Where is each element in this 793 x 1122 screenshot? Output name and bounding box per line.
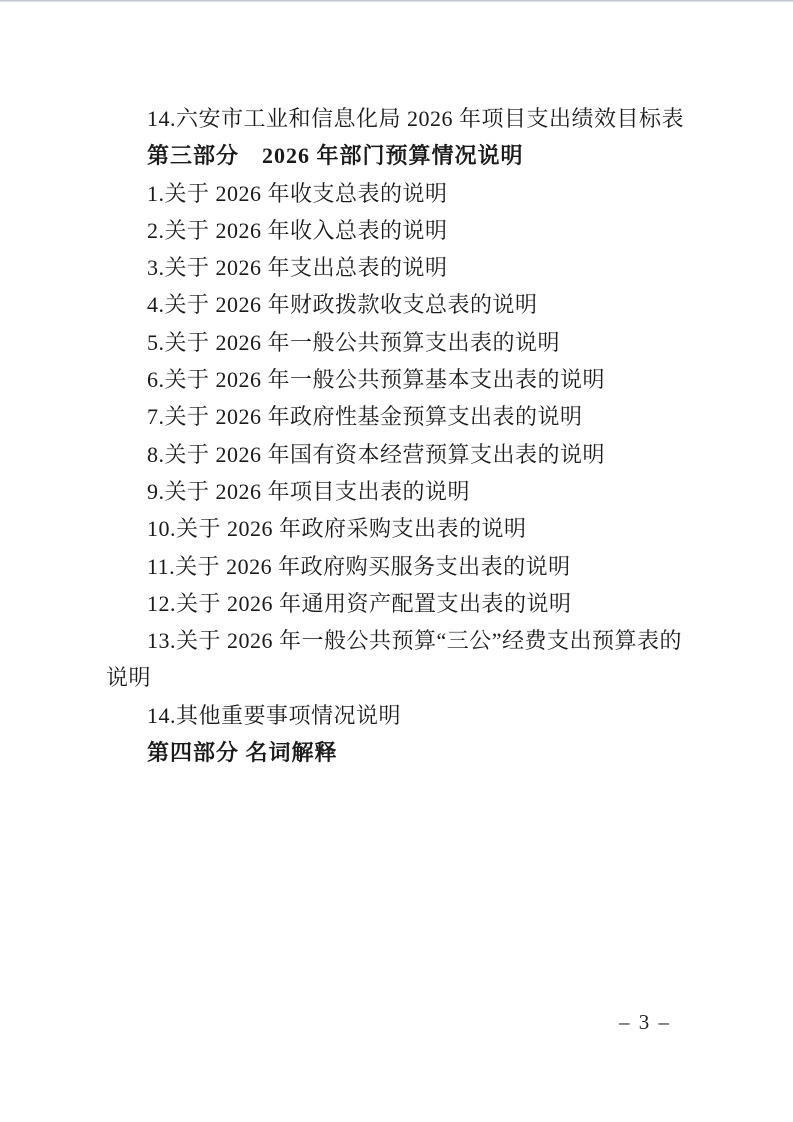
scan-top-edge bbox=[0, 0, 793, 2]
toc-line: 1.关于 2026 年收支总表的说明 bbox=[106, 175, 697, 212]
toc-line: 2.关于 2026 年收入总表的说明 bbox=[106, 212, 697, 249]
toc-line: 8.关于 2026 年国有资本经营预算支出表的说明 bbox=[106, 436, 697, 473]
toc-lines: 14.六安市工业和信息化局 2026 年项目支出绩效目标表第三部分 2026 年… bbox=[106, 100, 697, 771]
toc-line: 9.关于 2026 年项目支出表的说明 bbox=[106, 473, 697, 510]
toc-line: 说明 bbox=[106, 659, 697, 696]
section-heading-line: 第四部分 名词解释 bbox=[106, 734, 697, 771]
toc-line: 10.关于 2026 年政府采购支出表的说明 bbox=[106, 510, 697, 547]
toc-line: 12.关于 2026 年通用资产配置支出表的说明 bbox=[106, 585, 697, 622]
toc-line: 13.关于 2026 年一般公共预算“三公”经费支出预算表的 bbox=[106, 622, 697, 659]
document-page: 14.六安市工业和信息化局 2026 年项目支出绩效目标表第三部分 2026 年… bbox=[0, 0, 793, 1122]
toc-line: 11.关于 2026 年政府购买服务支出表的说明 bbox=[106, 548, 697, 585]
toc-line: 14.六安市工业和信息化局 2026 年项目支出绩效目标表 bbox=[106, 100, 697, 137]
toc-line: 6.关于 2026 年一般公共预算基本支出表的说明 bbox=[106, 361, 697, 398]
toc-line: 4.关于 2026 年财政拨款收支总表的说明 bbox=[106, 286, 697, 323]
toc-line: 5.关于 2026 年一般公共预算支出表的说明 bbox=[106, 324, 697, 361]
section-heading-line: 第三部分 2026 年部门预算情况说明 bbox=[106, 137, 697, 174]
page-number: – 3 – bbox=[612, 1010, 678, 1035]
toc-line: 14.其他重要事项情况说明 bbox=[106, 697, 697, 734]
toc-line: 3.关于 2026 年支出总表的说明 bbox=[106, 249, 697, 286]
toc-line: 7.关于 2026 年政府性基金预算支出表的说明 bbox=[106, 398, 697, 435]
